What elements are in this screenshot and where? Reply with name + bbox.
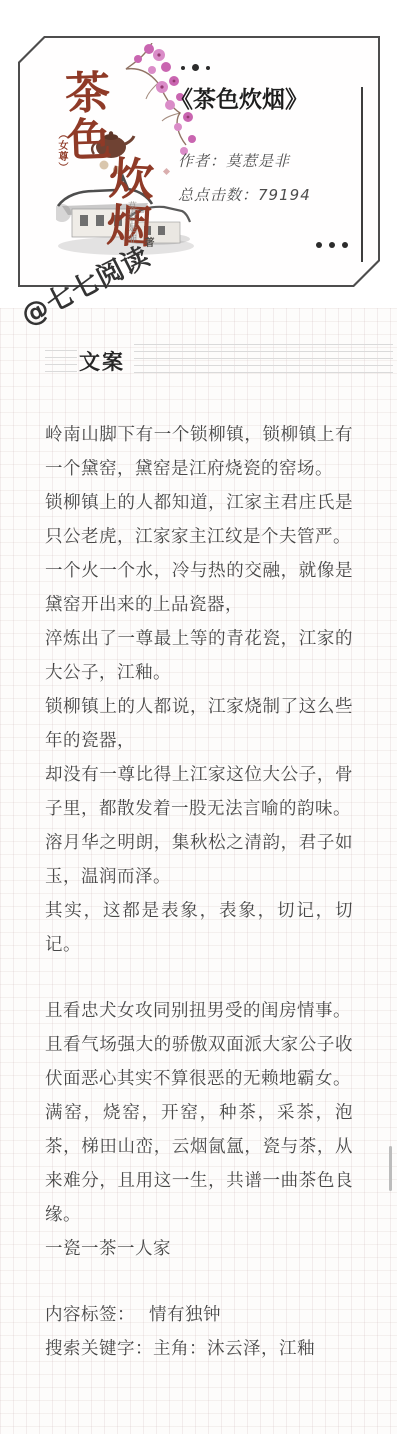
hero-section: 茶色 炊烟 （女尊） 莫惹是非 著 《茶色炊烟》 作者：莫惹是非 总点击数：79… <box>0 0 397 308</box>
cover-title-calligraphy-1: 茶色 <box>60 68 108 164</box>
clicks-line: 总点击数：79194 <box>178 184 356 205</box>
synopsis-paragraph: 溶月华之明朗，集秋松之清韵，君子如玉，温润而泽。 <box>45 826 353 894</box>
cover-edition-label: （女尊） <box>56 129 66 173</box>
synopsis-paragraph: 一个火一个水，冷与热的交融，就像是黛窑开出来的上品瓷器， <box>45 554 353 622</box>
synopsis-paragraph: 却没有一尊比得上江家这位大公子，骨子里，都散发着一股无法言喻的韵味。 <box>45 758 353 826</box>
content-tags-value: 情有独钟 <box>149 1305 221 1325</box>
content-tags-row: 内容标签：情有独钟 <box>45 1298 353 1332</box>
section-title: 文案 <box>77 346 134 376</box>
synopsis-paragraph: 淬炼出了一尊最上等的青花瓷，江家的大公子，江釉。 <box>45 622 353 690</box>
clicks-label: 总点击数： <box>178 186 258 204</box>
author-label: 作者： <box>178 152 226 170</box>
synopsis-paragraph: 岭南山脚下有一个锁柳镇，锁柳镇上有一个黛窑，黛窑是江府烧瓷的窑场。 <box>45 418 353 486</box>
synopsis-body: 岭南山脚下有一个锁柳镇，锁柳镇上有一个黛窑，黛窑是江府烧瓷的窑场。锁柳镇上的人都… <box>45 418 353 1366</box>
synopsis-paragraph: 且看忠犬女攻同别扭男受的闺房情事。 <box>45 994 353 1028</box>
paragraph-group-2: 且看忠犬女攻同别扭男受的闺房情事。且看气场强大的骄傲双面派大家公子收伏面恶心其实… <box>45 994 353 1232</box>
tagline: 一瓷一茶一人家 <box>45 1232 353 1266</box>
book-card: 茶色 炊烟 （女尊） 莫惹是非 著 《茶色炊烟》 作者：莫惹是非 总点击数：79… <box>18 36 380 287</box>
accent-vertical-line <box>361 87 363 262</box>
synopsis-paragraph: 锁柳镇上的人都知道，江家主君庄氏是只公老虎，江家家主江纹是个夫管严。 <box>45 486 353 554</box>
content-tags-label: 内容标签： <box>45 1305 135 1325</box>
card-info-column: 《茶色炊烟》 作者：莫惹是非 总点击数：79194 <box>178 62 356 205</box>
meta-block: 内容标签：情有独钟 搜索关键字：主角：沐云泽，江釉 <box>45 1298 353 1366</box>
book-title: 《茶色炊烟》 <box>170 81 356 114</box>
synopsis-section: 文案 岭南山脚下有一个锁柳镇，锁柳镇上有一个黛窑，黛窑是江府烧瓷的窑场。锁柳镇上… <box>0 308 397 1434</box>
search-keywords-row: 搜索关键字：主角：沐云泽，江釉 <box>45 1332 353 1366</box>
book-detail-page: 茶色 炊烟 （女尊） 莫惹是非 著 《茶色炊烟》 作者：莫惹是非 总点击数：79… <box>0 0 397 1434</box>
ruled-lines-left <box>45 350 77 372</box>
ellipsis-icon-top <box>181 64 356 71</box>
ruled-lines-right <box>134 344 393 378</box>
synopsis-paragraph: 且看气场强大的骄傲双面派大家公子收伏面恶心其实不算很恶的无赖地霸女。 <box>45 1028 353 1096</box>
synopsis-paragraph: 其实，这都是表象，表象，切记，切记。 <box>45 894 353 962</box>
ellipsis-icon-bottom <box>316 242 348 248</box>
section-header: 文案 <box>45 344 353 378</box>
synopsis-paragraph: 锁柳镇上的人都说，江家烧制了这么些年的瓷器， <box>45 690 353 758</box>
synopsis-paragraph: 满窑，烧窑，开窑，种茶，采茶，泡茶，梯田山峦，云烟氤氲，瓷与茶，从来难分，且用这… <box>45 1096 353 1232</box>
search-keywords-value: 主角：沐云泽，江釉 <box>153 1339 315 1359</box>
author-line: 作者：莫惹是非 <box>178 150 356 171</box>
author-name: 莫惹是非 <box>226 152 290 170</box>
search-keywords-label: 搜索关键字： <box>45 1339 153 1359</box>
paragraph-group-1: 岭南山脚下有一个锁柳镇，锁柳镇上有一个黛窑，黛窑是江府烧瓷的窑场。锁柳镇上的人都… <box>45 418 353 962</box>
clicks-value: 79194 <box>258 186 311 204</box>
scrollbar-thumb[interactable] <box>389 1146 392 1191</box>
